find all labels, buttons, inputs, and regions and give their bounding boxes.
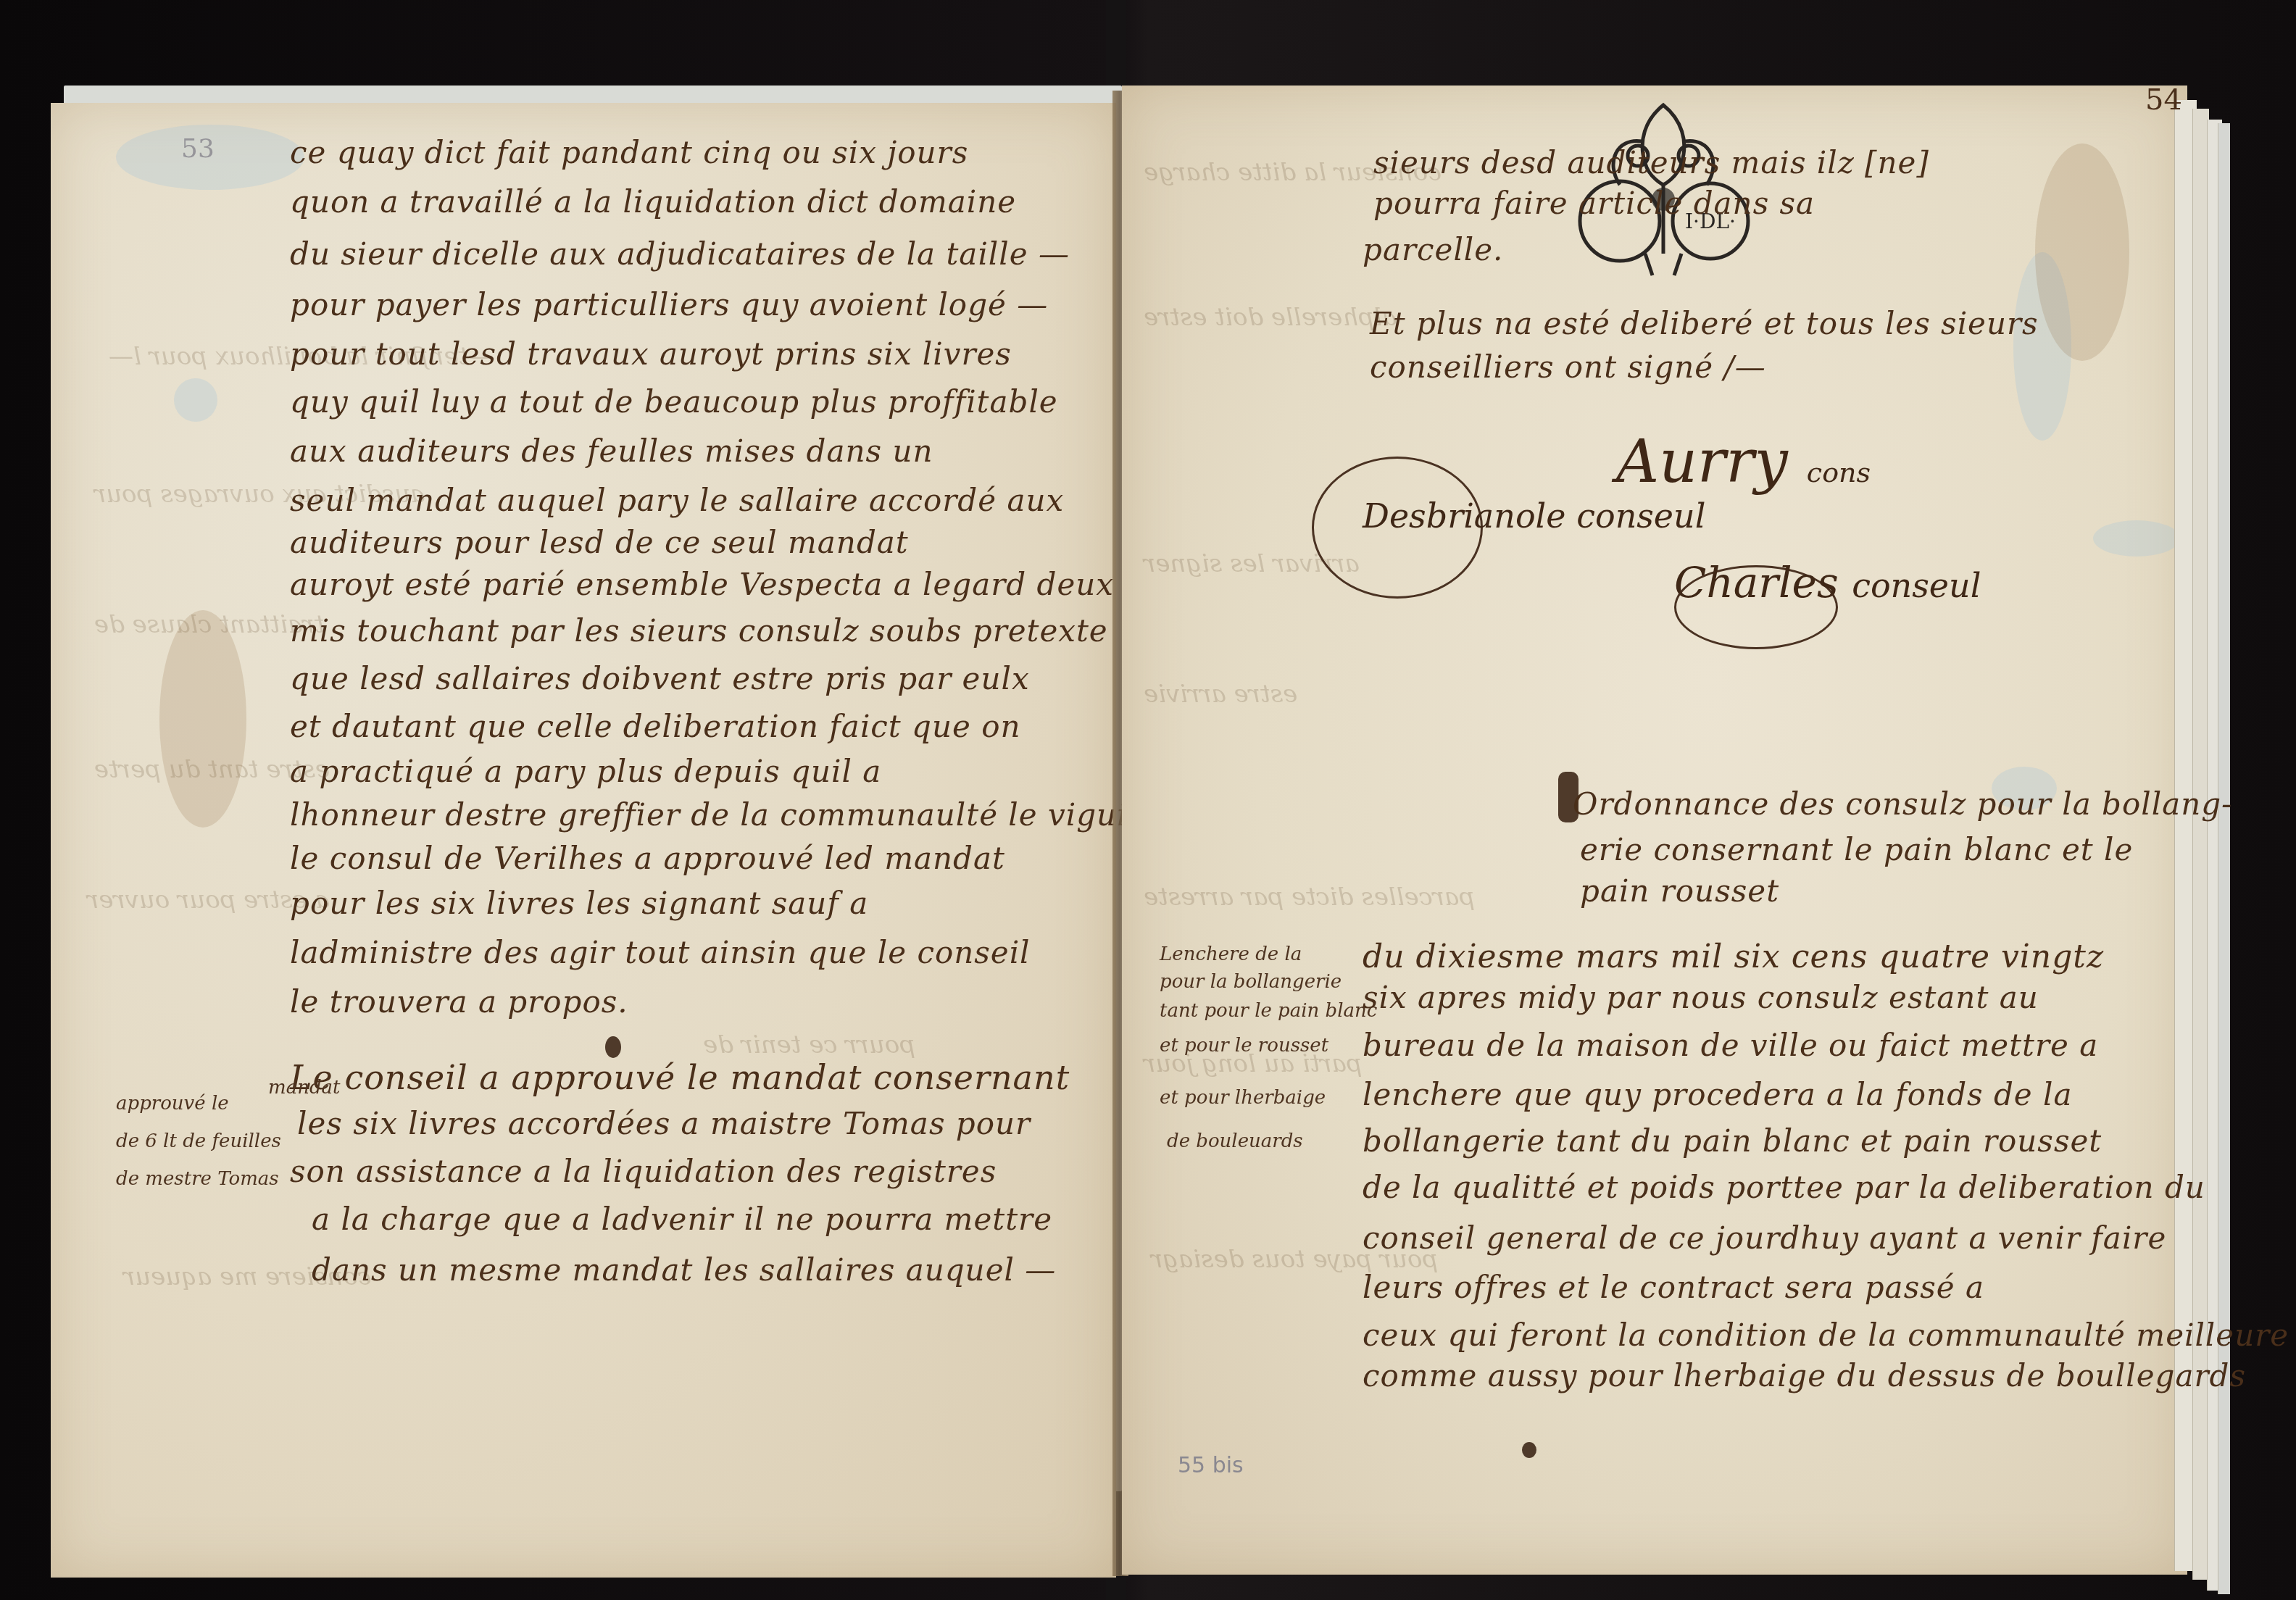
text-line: dans un mesme mandat les sallaires auque… — [312, 1252, 1056, 1288]
heading-line: pain rousset — [1580, 873, 1779, 909]
ink-blot — [1522, 1442, 1536, 1458]
ink-blot — [605, 1036, 621, 1058]
text-line: ceux qui feront la condition de la commu… — [1363, 1317, 2289, 1353]
signature-aurry: Aurry cons — [1616, 428, 1871, 496]
text-line: quon a travaillé a la liquidation dict d… — [290, 184, 1016, 220]
text-line: lenchere que quy procedera a la fonds de… — [1363, 1077, 2073, 1112]
text-line: seul mandat auquel pary le sallaire acco… — [290, 483, 1064, 518]
text-line: mis touchant par les sieurs consulz soub… — [290, 613, 1108, 649]
text-line: a la charge que a ladvenir il ne pourra … — [312, 1201, 1052, 1237]
text-line: et dautant que celle deliberation faict … — [290, 709, 1021, 744]
text-line: quy quil luy a tout de beaucoup plus pro… — [290, 384, 1058, 420]
text-line: pour les six livres les signant sauf a — [290, 886, 868, 921]
text-line: du sieur dicelle aux adjudicataires de l… — [290, 236, 1070, 272]
text-line: Le conseil a approuvé le mandat conserna… — [290, 1058, 1070, 1097]
folio-number-left: 53 — [181, 134, 215, 164]
text-line: comme aussy pour lherbaige du dessus de … — [1363, 1358, 2246, 1393]
text-line: pourra faire article dans sa — [1373, 186, 1815, 221]
text-line: le consul de Verilhes a approuvé led man… — [290, 841, 1005, 876]
text-line: de la qualitté et poids porttee par la d… — [1363, 1170, 2205, 1205]
text-line: six apres midy par nous consulz estant a… — [1363, 980, 2039, 1015]
text-line: ladministre des agir tout ainsin que le … — [290, 935, 1031, 970]
text-line: leurs offres et le contract sera passé a — [1363, 1270, 1984, 1305]
text-line: lhonneur destre greffier de la communaul… — [290, 797, 1161, 833]
text-line: pour payer les particulliers quy avoient… — [290, 287, 1048, 322]
text-line: Et plus na esté deliberé et tous les sie… — [1370, 306, 2039, 341]
text-line: bollangerie tant du pain blanc et pain r… — [1363, 1123, 2102, 1159]
text-line: du dixiesme mars mil six cens quatre vin… — [1363, 938, 2104, 975]
text-line: parcelle. — [1363, 232, 1503, 267]
heading-line: Ordonnance des consulz pour la bollang- — [1573, 786, 2232, 822]
text-line: les six livres accordées a maistre Tomas… — [297, 1106, 1031, 1141]
text-line: sieurs desd auditeurs mais ilz [ne] — [1373, 145, 1929, 180]
text-line: ce quay dict fait pandant cinq ou six jo… — [290, 135, 968, 170]
text-line: son assistance a la liquidation des regi… — [290, 1154, 997, 1189]
text-line: que lesd sallaires doibvent estre pris p… — [290, 661, 1030, 696]
text-line: conseil general de ce jourdhuy ayant a v… — [1363, 1220, 2166, 1256]
text-line: auroyt esté parié ensemble Vespecta a le… — [290, 567, 1114, 602]
pencil-folio-annotation: 55 bis — [1178, 1453, 1244, 1478]
text-line: auditeurs pour lesd de ce seul mandat — [290, 525, 909, 560]
text-line: conseilliers ont signé /— — [1370, 349, 1766, 385]
text-line: a practiqué a pary plus depuis quil a — [290, 754, 881, 789]
signature-desbrianole: Desbrianole conseul — [1363, 496, 1705, 536]
text-line: le trouvera a propos. — [290, 984, 628, 1020]
text-line: aux auditeurs des feulles mises dans un — [290, 433, 933, 469]
text-line: bureau de la maison de ville ou faict me… — [1363, 1028, 2098, 1063]
text-line: pour tout lesd travaux auroyt prins six … — [290, 336, 1012, 372]
folio-number-right: 54 — [2145, 83, 2182, 117]
signature-charles: Charles conseul — [1674, 558, 1981, 607]
heading-line: erie consernant le pain blanc et le — [1580, 832, 2133, 867]
